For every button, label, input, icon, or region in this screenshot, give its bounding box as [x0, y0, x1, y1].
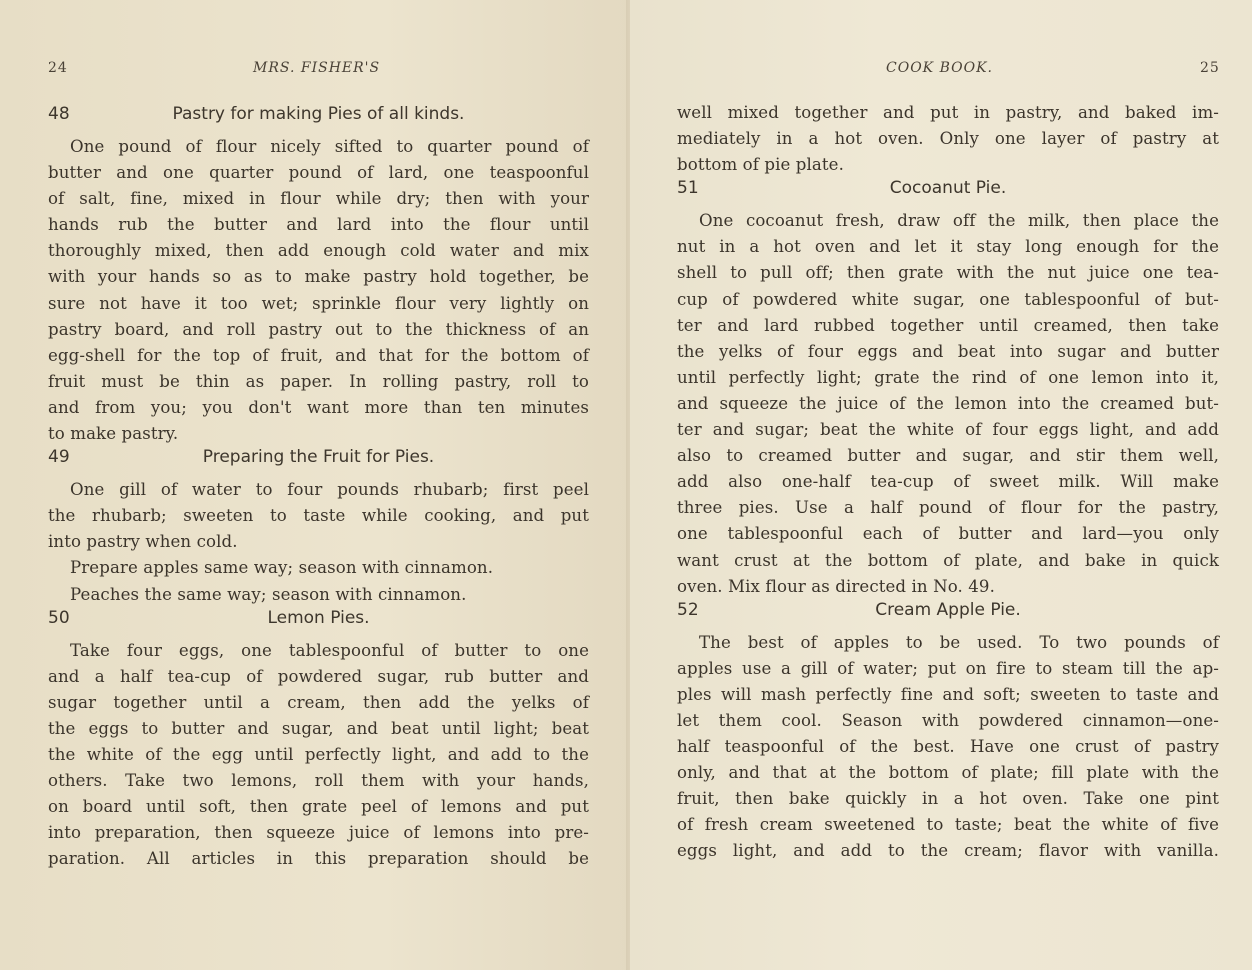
right-page-content: well mixed together and put in pastry, a…: [677, 100, 1219, 865]
text-line: half teaspoonful of the best. Have one c…: [677, 734, 1219, 760]
left-page: 24 MRS. FISHER'S 48 Pastry for making Pi…: [0, 0, 630, 970]
text-line: with your hands so as to make pastry hol…: [48, 264, 589, 290]
text-line: nut in a hot oven and let it stay long e…: [677, 234, 1219, 260]
recipe-body: One pound of flour nicely sifted to quar…: [48, 134, 589, 447]
text-line: oven. Mix flour as directed in No. 49.: [677, 574, 1219, 600]
text-line: and a half tea-cup of powdered sugar, ru…: [48, 664, 589, 690]
right-page-number: 25: [1200, 60, 1220, 76]
recipe-heading: 48 Pastry for making Pies of all kinds.: [48, 104, 589, 134]
text-line: fruit, then bake quickly in a hot oven. …: [677, 786, 1219, 812]
text-line: hands rub the butter and lard into the f…: [48, 212, 589, 238]
text-line: the yelks of four eggs and beat into sug…: [677, 339, 1219, 365]
text-line: on board until soft, then grate peel of …: [48, 794, 589, 820]
text-line: bottom of pie plate.: [677, 152, 1219, 178]
recipe-body: One cocoanut fresh, draw off the milk, t…: [677, 208, 1219, 599]
text-line: eggs light, and add to the cream; flavor…: [677, 838, 1219, 864]
text-line: paration. All articles in this preparati…: [48, 846, 589, 872]
text-line: until perfectly light; grate the rind of…: [677, 365, 1219, 391]
recipe-title: Lemon Pies.: [48, 608, 589, 628]
recipe-body: One gill of water to four pounds rhubarb…: [48, 477, 589, 607]
right-page: COOK BOOK. 25 well mixed together and pu…: [630, 0, 1252, 970]
text-line: to make pastry.: [48, 421, 589, 447]
recipe-heading: 52 Cream Apple Pie.: [677, 600, 1219, 630]
text-line: Take four eggs, one tablespoonful of but…: [48, 638, 589, 664]
text-line: pastry board, and roll pastry out to the…: [48, 317, 589, 343]
text-line: One pound of flour nicely sifted to quar…: [48, 134, 589, 160]
text-line: ter and lard rubbed together until cream…: [677, 313, 1219, 339]
recipe-title: Cream Apple Pie.: [677, 600, 1219, 620]
left-page-number: 24: [48, 60, 68, 76]
recipe-heading: 49 Preparing the Fruit for Pies.: [48, 447, 589, 477]
text-line: One gill of water to four pounds rhubarb…: [48, 477, 589, 503]
recipe-50-continuation: well mixed together and put in pastry, a…: [677, 100, 1219, 178]
recipe-heading: 51 Cocoanut Pie.: [677, 178, 1219, 208]
text-line: let them cool. Season with powdered cinn…: [677, 708, 1219, 734]
text-line: only, and that at the bottom of plate; f…: [677, 760, 1219, 786]
recipe-48: 48 Pastry for making Pies of all kinds. …: [48, 104, 589, 447]
text-line: cup of powdered white sugar, one tablesp…: [677, 287, 1219, 313]
book-spread: 24 MRS. FISHER'S 48 Pastry for making Pi…: [0, 0, 1252, 970]
text-line: want crust at the bottom of plate, and b…: [677, 548, 1219, 574]
text-line: fruit must be thin as paper. In rolling …: [48, 369, 589, 395]
recipe-49: 49 Preparing the Fruit for Pies. One gil…: [48, 447, 589, 607]
recipe-title: Pastry for making Pies of all kinds.: [48, 104, 589, 124]
left-page-content: 48 Pastry for making Pies of all kinds. …: [48, 104, 589, 872]
text-line: add also one-half tea-cup of sweet milk.…: [677, 469, 1219, 495]
text-line: also to creamed butter and sugar, and st…: [677, 443, 1219, 469]
text-line: of salt, fine, mixed in flour while dry;…: [48, 186, 589, 212]
text-line: One cocoanut fresh, draw off the milk, t…: [677, 208, 1219, 234]
text-line: the rhubarb; sweeten to taste while cook…: [48, 503, 589, 529]
recipe-51: 51 Cocoanut Pie. One cocoanut fresh, dra…: [677, 178, 1219, 599]
text-line: three pies. Use a half pound of flour fo…: [677, 495, 1219, 521]
right-running-head: COOK BOOK.: [886, 60, 993, 76]
text-line: ter and sugar; beat the white of four eg…: [677, 417, 1219, 443]
recipe-body: Take four eggs, one tablespoonful of but…: [48, 638, 589, 873]
recipe-body: The best of apples to be used. To two po…: [677, 630, 1219, 865]
text-line: ples will mash perfectly fine and soft; …: [677, 682, 1219, 708]
text-line: the eggs to butter and sugar, and beat u…: [48, 716, 589, 742]
text-line: thoroughly mixed, then add enough cold w…: [48, 238, 589, 264]
text-line: into preparation, then squeeze juice of …: [48, 820, 589, 846]
text-line: shell to pull off; then grate with the n…: [677, 260, 1219, 286]
text-line: into pastry when cold.: [48, 529, 589, 555]
text-line: butter and one quarter pound of lard, on…: [48, 160, 589, 186]
text-line: the white of the egg until perfectly lig…: [48, 742, 589, 768]
recipe-50: 50 Lemon Pies. Take four eggs, one table…: [48, 608, 589, 873]
recipe-title: Preparing the Fruit for Pies.: [48, 447, 589, 467]
recipe-title: Cocoanut Pie.: [677, 178, 1219, 198]
text-line: and squeeze the juice of the lemon into …: [677, 391, 1219, 417]
text-line: well mixed together and put in pastry, a…: [677, 100, 1219, 126]
text-line: apples use a gill of water; put on fire …: [677, 656, 1219, 682]
text-line: Prepare apples same way; season with cin…: [48, 555, 589, 581]
text-line: sure not have it too wet; sprinkle flour…: [48, 291, 589, 317]
recipe-heading: 50 Lemon Pies.: [48, 608, 589, 638]
text-line: sugar together until a cream, then add t…: [48, 690, 589, 716]
text-line: The best of apples to be used. To two po…: [677, 630, 1219, 656]
recipe-52: 52 Cream Apple Pie. The best of apples t…: [677, 600, 1219, 865]
text-line: one tablespoonful each of butter and lar…: [677, 521, 1219, 547]
text-line: Peaches the same way; season with cinnam…: [48, 582, 589, 608]
text-line: and from you; you don't want more than t…: [48, 395, 589, 421]
text-line: egg-shell for the top of fruit, and that…: [48, 343, 589, 369]
left-running-head: MRS. FISHER'S: [253, 60, 380, 76]
text-line: of fresh cream sweetened to taste; beat …: [677, 812, 1219, 838]
text-line: others. Take two lemons, roll them with …: [48, 768, 589, 794]
text-line: mediately in a hot oven. Only one layer …: [677, 126, 1219, 152]
